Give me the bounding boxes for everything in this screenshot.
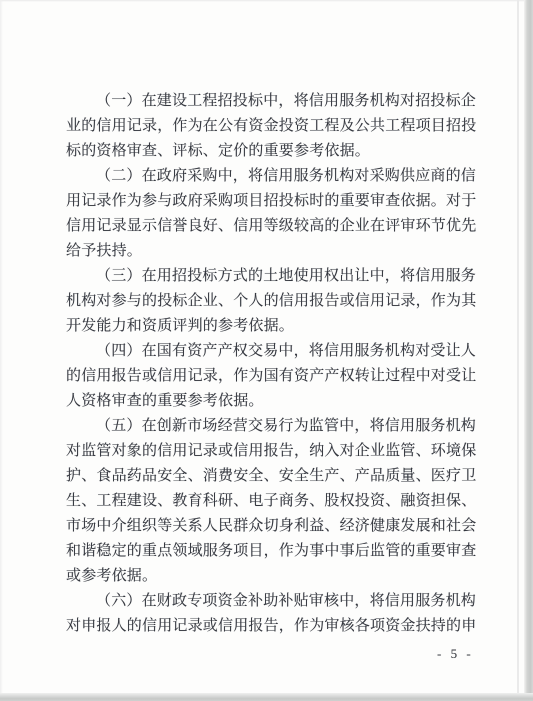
text-line: 人资格审查的重要参考依据。	[66, 389, 474, 414]
paragraph: （一）在建设工程招投标中，将信用服务机构对招投标企业的信用记录，作为在公有资金投…	[66, 89, 474, 164]
text-line: （一）在建设工程招投标中，将信用服务机构对招投标企	[66, 89, 474, 114]
scan-edge-bottom	[0, 693, 533, 701]
text-line: 业的信用记录，作为在公有资金投资工程及公共工程项目招投	[66, 114, 474, 139]
text-line: 对申报人的信用记录或信用报告，作为审核各项资金扶持的申	[66, 614, 474, 639]
paragraph: （五）在创新市场经营交易行为监管中，将信用服务机构对监管对象的信用记录或信用报告…	[66, 414, 474, 589]
paper-fold-line	[517, 0, 519, 701]
text-line: 用记录作为参与政府采购项目招投标时的重要审查依据。对于	[66, 189, 474, 214]
text-line: 护、食品药品安全、消费安全、安全生产、产品质量、医疗卫	[66, 464, 474, 489]
text-line: 生、工程建设、教育科研、电子商务、股权投资、融资担保、	[66, 489, 474, 514]
document-body: （一）在建设工程招投标中，将信用服务机构对招投标企业的信用记录，作为在公有资金投…	[66, 89, 474, 639]
text-line: （三）在用招投标方式的土地使用权出让中，将信用服务	[66, 264, 474, 289]
text-line: 对监管对象的信用记录或信用报告，纳入对企业监管、环境保	[66, 439, 474, 464]
text-line: 信用记录显示信誉良好、信用等级较高的企业在评审环节优先	[66, 214, 474, 239]
page-number: - 5 -	[437, 646, 474, 662]
text-line: 和谐稳定的重点领域服务项目，作为事中事后监管的重要审查	[66, 539, 474, 564]
scan-edge-left	[0, 0, 3, 701]
text-line: 的信用报告或信用记录，作为国有资产产权转让过程中对受让	[66, 364, 474, 389]
text-line: 开发能力和资质评判的参考依据。	[66, 314, 474, 339]
paragraph: （三）在用招投标方式的土地使用权出让中，将信用服务机构对参与的投标企业、个人的信…	[66, 264, 474, 339]
text-line: （四）在国有资产产权交易中，将信用服务机构对受让人	[66, 339, 474, 364]
scanned-document-page: （一）在建设工程招投标中，将信用服务机构对招投标企业的信用记录，作为在公有资金投…	[0, 0, 533, 701]
text-line: 给予扶持。	[66, 239, 474, 264]
text-line: 标的资格审查、评标、定价的重要参考依据。	[66, 139, 474, 164]
text-line: 机构对参与的投标企业、个人的信用报告或信用记录，作为其	[66, 289, 474, 314]
paragraph: （二）在政府采购中，将信用服务机构对采购供应商的信用记录作为参与政府采购项目招投…	[66, 164, 474, 264]
text-line: （五）在创新市场经营交易行为监管中，将信用服务机构	[66, 414, 474, 439]
scan-edge-right	[524, 0, 533, 701]
text-line: （六）在财政专项资金补助补贴审核中，将信用服务机构	[66, 589, 474, 614]
scan-edge-top	[0, 0, 533, 2]
text-line: 市场中介组织等关系人民群众切身利益、经济健康发展和社会	[66, 514, 474, 539]
paragraph: （四）在国有资产产权交易中，将信用服务机构对受让人的信用报告或信用记录，作为国有…	[66, 339, 474, 414]
text-line: （二）在政府采购中，将信用服务机构对采购供应商的信	[66, 164, 474, 189]
paragraph: （六）在财政专项资金补助补贴审核中，将信用服务机构对申报人的信用记录或信用报告，…	[66, 589, 474, 639]
text-line: 或参考依据。	[66, 564, 474, 589]
